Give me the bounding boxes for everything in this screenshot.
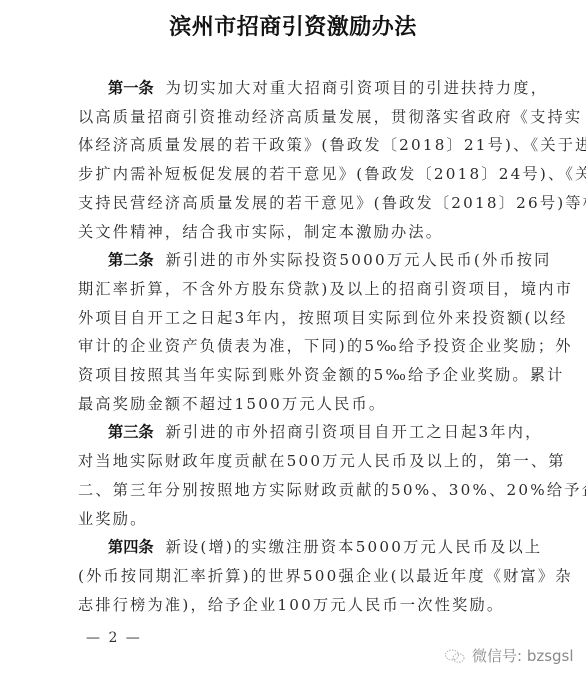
watermark-text: 微信号: bzsgsl xyxy=(472,645,574,666)
article-line: 体经济高质量发展的若干政策》(鲁政发〔2018〕21号)、《关于进一 xyxy=(78,131,510,160)
article-line: 关文件精神，结合我市实际，制定本激励办法。 xyxy=(78,218,510,247)
article-line: 第四条新设(增)的实缴注册资本5000万元人民币及以上 xyxy=(78,533,510,562)
article-line: 外项目自开工之日起3年内，按照项目实际到位外来投资额(以经 xyxy=(78,304,510,333)
document-page: 滨州市招商引资激励办法 第一条为切实加大对重大招商引资项目的引进扶持力度， 以高… xyxy=(0,0,586,685)
article-4: 第四条新设(增)的实缴注册资本5000万元人民币及以上 (外币按同期汇率折算)的… xyxy=(78,533,510,619)
article-line: 资项目按照其当年实际到账外资金额的5‰给予企业奖励。累计 xyxy=(78,361,510,390)
article-line: 步扩内需补短板促发展的若干意见》(鲁政发〔2018〕24号)、《关于 xyxy=(78,160,510,189)
article-label: 第三条 xyxy=(108,423,154,441)
article-label: 第一条 xyxy=(108,79,154,97)
article-line: 二、第三年分别按照地方实际财政贡献的50%、30%、20%给予企 xyxy=(78,476,510,505)
article-line: 最高奖励金额不超过1500万元人民币。 xyxy=(78,390,510,419)
article-1: 第一条为切实加大对重大招商引资项目的引进扶持力度， 以高质量招商引资推动经济高质… xyxy=(78,74,510,246)
wechat-icon xyxy=(444,648,466,664)
article-2: 第二条新引进的市外实际投资5000万元人民币(外币按同 期汇率折算，不含外方股东… xyxy=(78,246,510,418)
article-line: 期汇率折算，不含外方股东贷款)及以上的招商引资项目，境内市 xyxy=(78,275,510,304)
article-line: (外币按同期汇率折算)的世界500强企业(以最近年度《财富》杂 xyxy=(78,562,510,591)
article-line: 第一条为切实加大对重大招商引资项目的引进扶持力度， xyxy=(78,74,510,103)
article-label: 第四条 xyxy=(108,538,154,556)
article-line: 对当地实际财政年度贡献在500万元人民币及以上的，第一、第 xyxy=(78,447,510,476)
page-number: — 2 — xyxy=(86,630,142,646)
article-line: 支持民营经济高质量发展的若干意见》(鲁政发〔2018〕26号)等相 xyxy=(78,189,510,218)
document-body: 第一条为切实加大对重大招商引资项目的引进扶持力度， 以高质量招商引资推动经济高质… xyxy=(78,74,510,619)
article-line: 以高质量招商引资推动经济高质量发展，贯彻落实省政府《支持实 xyxy=(78,103,510,132)
article-label: 第二条 xyxy=(108,251,154,269)
article-line: 第二条新引进的市外实际投资5000万元人民币(外币按同 xyxy=(78,246,510,275)
document-title: 滨州市招商引资激励办法 xyxy=(0,12,586,42)
wechat-watermark: 微信号: bzsgsl xyxy=(444,645,574,666)
article-line: 第三条新引进的市外招商引资项目自开工之日起3年内， xyxy=(78,418,510,447)
article-line: 志排行榜为准)，给予企业100万元人民币一次性奖励。 xyxy=(78,591,510,620)
article-line: 审计的企业资产负债表为准，下同)的5‰给予投资企业奖励；外 xyxy=(78,332,510,361)
article-line: 业奖励。 xyxy=(78,505,510,534)
article-3: 第三条新引进的市外招商引资项目自开工之日起3年内， 对当地实际财政年度贡献在50… xyxy=(78,418,510,533)
